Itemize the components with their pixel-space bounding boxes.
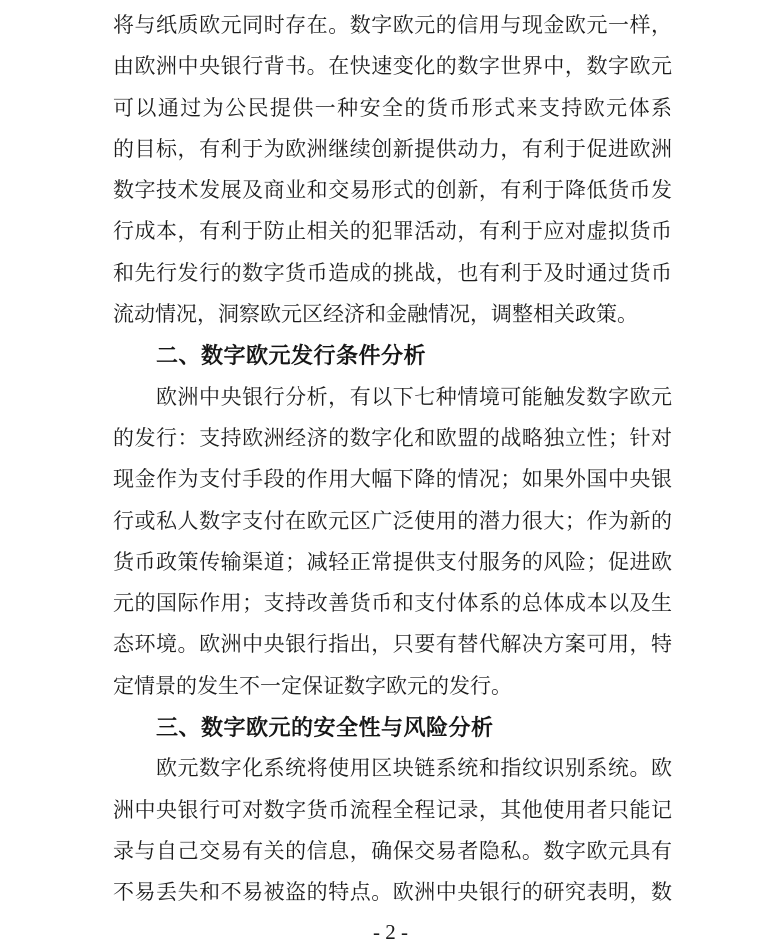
text-line: 和先行发行的数字货币造成的挑战，也有利于及时通过货币 <box>113 253 672 294</box>
section-heading-3: 三、数字欧元的安全性与风险分析 <box>113 707 672 748</box>
text-line: 欧洲中央银行分析，有以下七种情境可能触发数字欧元 <box>113 377 672 418</box>
paragraph: 将与纸质欧元同时存在。数字欧元的信用与现金欧元一样， 由欧洲中央银行背书。在快速… <box>113 5 672 335</box>
text-line: 洲中央银行可对数字货币流程全程记录，其他使用者只能记 <box>113 790 672 831</box>
text-line: 态环境。欧洲中央银行指出，只要有替代解决方案可用，特 <box>113 624 672 665</box>
text-line: 现金作为支付手段的作用大幅下降的情况；如果外国中央银 <box>113 459 672 500</box>
document-body: 将与纸质欧元同时存在。数字欧元的信用与现金欧元一样， 由欧洲中央银行背书。在快速… <box>113 5 672 914</box>
section-heading-2: 二、数字欧元发行条件分析 <box>113 335 672 376</box>
text-line: 欧元数字化系统将使用区块链系统和指纹识别系统。欧 <box>113 748 672 789</box>
paragraph: 欧洲中央银行分析，有以下七种情境可能触发数字欧元 的发行：支持欧洲经济的数字化和… <box>113 377 672 707</box>
page-number: - 2 - <box>0 919 781 945</box>
text-line: 由欧洲中央银行背书。在快速变化的数字世界中，数字欧元 <box>113 46 672 87</box>
text-line: 录与自己交易有关的信息，确保交易者隐私。数字欧元具有 <box>113 831 672 872</box>
text-line: 流动情况，洞察欧元区经济和金融情况，调整相关政策。 <box>113 294 672 335</box>
text-line: 可以通过为公民提供一种安全的货币形式来支持欧元体系 <box>113 88 672 129</box>
text-line: 行成本，有利于防止相关的犯罪活动，有利于应对虚拟货币 <box>113 211 672 252</box>
text-line: 行或私人数字支付在欧元区广泛使用的潜力很大；作为新的 <box>113 501 672 542</box>
text-line: 的发行：支持欧洲经济的数字化和欧盟的战略独立性；针对 <box>113 418 672 459</box>
paragraph: 欧元数字化系统将使用区块链系统和指纹识别系统。欧 洲中央银行可对数字货币流程全程… <box>113 748 672 913</box>
text-line: 数字技术发展及商业和交易形式的创新，有利于降低货币发 <box>113 170 672 211</box>
text-line: 货币政策传输渠道；减轻正常提供支付服务的风险；促进欧 <box>113 542 672 583</box>
text-line: 的目标，有利于为欧洲继续创新提供动力，有利于促进欧洲 <box>113 129 672 170</box>
document-page: 将与纸质欧元同时存在。数字欧元的信用与现金欧元一样， 由欧洲中央银行背书。在快速… <box>0 0 781 946</box>
text-line: 元的国际作用；支持改善货币和支付体系的总体成本以及生 <box>113 583 672 624</box>
text-line: 不易丢失和不易被盗的特点。欧洲中央银行的研究表明，数 <box>113 872 672 913</box>
text-line: 将与纸质欧元同时存在。数字欧元的信用与现金欧元一样， <box>113 5 672 46</box>
text-line: 定情景的发生不一定保证数字欧元的发行。 <box>113 666 672 707</box>
